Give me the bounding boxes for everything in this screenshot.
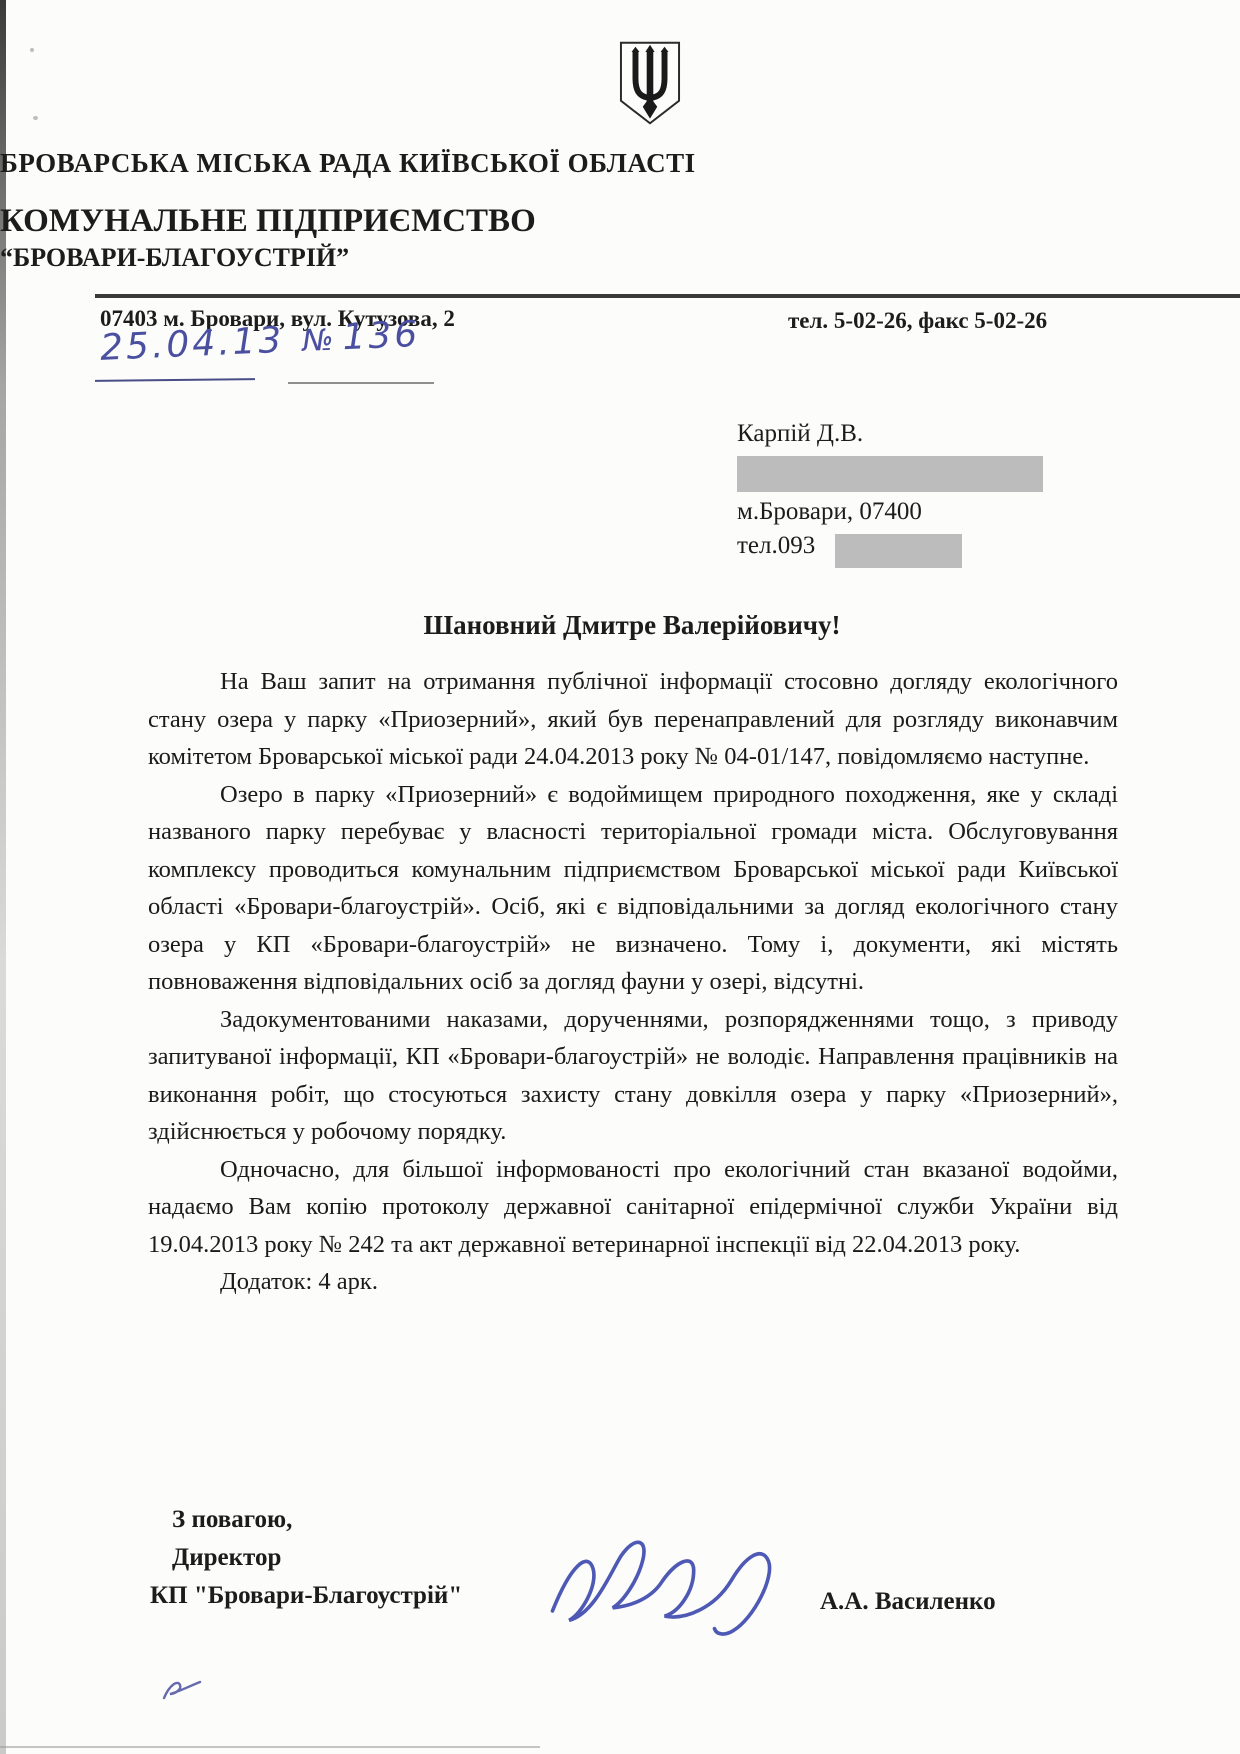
- org-phone-fax: тел. 5-02-26, факс 5-02-26: [788, 308, 1047, 334]
- scan-speck: [30, 48, 34, 52]
- attachment-note: Додаток: 4 арк.: [148, 1263, 1118, 1301]
- redaction-bar-phone: [835, 534, 962, 568]
- scanned-letter-page: БРОВАРСЬКА МІСЬКА РАДА КИЇВСЬКОЇ ОБЛАСТІ…: [0, 0, 1240, 1754]
- org-name-heading: БРОВАРСЬКА МІСЬКА РАДА КИЇВСЬКОЇ ОБЛАСТІ: [0, 148, 1240, 179]
- org-quoted-name-heading: “БРОВАРИ-БЛАГОУСТРІЙ”: [0, 243, 1240, 273]
- signer-position: Директор: [172, 1544, 281, 1572]
- signer-name: А.А. Василенко: [820, 1588, 996, 1616]
- letterhead-rule: [95, 294, 1240, 298]
- ukraine-trident-coat-of-arms-icon: [617, 40, 683, 126]
- org-type-heading: КОМУНАЛЬНЕ ПІДПРИЄМСТВО: [0, 203, 1240, 240]
- scan-speck: [33, 116, 38, 120]
- paraph-mark: [156, 1672, 226, 1708]
- recipient-phone: тел.093: [737, 532, 815, 560]
- signature-closing: З повагою,: [172, 1506, 292, 1534]
- handwritten-number: 136: [342, 314, 421, 358]
- registration-underline: [288, 382, 434, 384]
- number-sign: №: [302, 323, 336, 359]
- paragraph: Одночасно, для більшої інформованості пр…: [148, 1151, 1118, 1264]
- redaction-bar-address: [737, 456, 1043, 492]
- recipient-name: Карпій Д.В.: [737, 420, 863, 448]
- paragraph: Задокументованими наказами, дорученнями,…: [148, 1001, 1118, 1151]
- letter-body: На Ваш запит на отримання публічної інфо…: [148, 663, 1118, 1301]
- registration-underline: [95, 378, 255, 382]
- paragraph: На Ваш запит на отримання публічної інфо…: [148, 663, 1118, 776]
- scan-bottom-line: [0, 1746, 540, 1748]
- handwritten-date: 25.04.13: [99, 320, 285, 369]
- paragraph: Озеро в парку «Приозерний» є водоймищем …: [148, 776, 1118, 1001]
- salutation: Шановний Дмитре Валерійовичу!: [148, 610, 1116, 641]
- handwritten-signature: [540, 1520, 810, 1650]
- signer-organization: КП "Бровари-Благоустрій": [150, 1582, 462, 1610]
- recipient-city: м.Бровари, 07400: [737, 498, 922, 526]
